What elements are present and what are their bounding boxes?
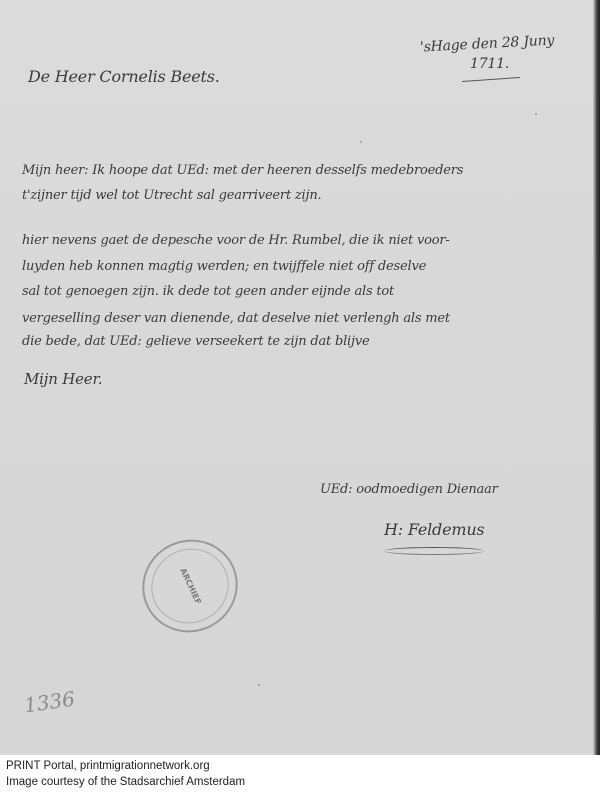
date-year: 1711.	[470, 56, 509, 72]
date-place-line: 'sHage den 28 Juny	[420, 32, 555, 55]
subscription: UEd: oodmoedigen Dienaar	[320, 482, 498, 497]
page-edge-shadow	[593, 0, 600, 755]
body-line: hier nevens gaet de depesche voor de Hr.…	[22, 233, 450, 248]
image-credit: PRINT Portal, printmigrationnetwork.org …	[6, 758, 245, 790]
date-underline	[462, 77, 520, 82]
manuscript-page: 'sHage den 28 Juny 1711. De Heer Corneli…	[0, 0, 593, 755]
archive-stamp-text: ARCHIEF	[178, 567, 203, 606]
paper-speck	[360, 141, 362, 143]
pencil-folio-number: 1336	[23, 687, 77, 718]
body-line: t'zijner tijd wel tot Utrecht sal gearri…	[22, 188, 321, 203]
body-line: luyden heb konnen magtig werden; en twij…	[22, 259, 426, 274]
paper-speck	[258, 684, 260, 686]
body-line: die bede, dat UEd: gelieve verseekert te…	[22, 334, 369, 349]
body-line: Mijn heer: Ik hoope dat UEd: met der hee…	[22, 163, 463, 178]
credit-line-archive: Image courtesy of the Stadsarchief Amste…	[6, 774, 245, 790]
closing-salutation: Mijn Heer.	[24, 370, 102, 388]
body-line: sal tot genoegen zijn. ik dede tot geen …	[22, 284, 394, 299]
archive-stamp: ARCHIEF	[127, 524, 253, 648]
signature-flourish	[384, 547, 484, 555]
credit-line-portal: PRINT Portal, printmigrationnetwork.org	[6, 758, 245, 774]
archive-stamp-inner: ARCHIEF	[139, 536, 241, 636]
signature: H: Feldemus	[384, 520, 484, 539]
addressee: De Heer Cornelis Beets.	[28, 67, 220, 86]
body-line: vergeselling deser van dienende, dat des…	[22, 311, 450, 326]
paper-speck	[535, 113, 537, 115]
